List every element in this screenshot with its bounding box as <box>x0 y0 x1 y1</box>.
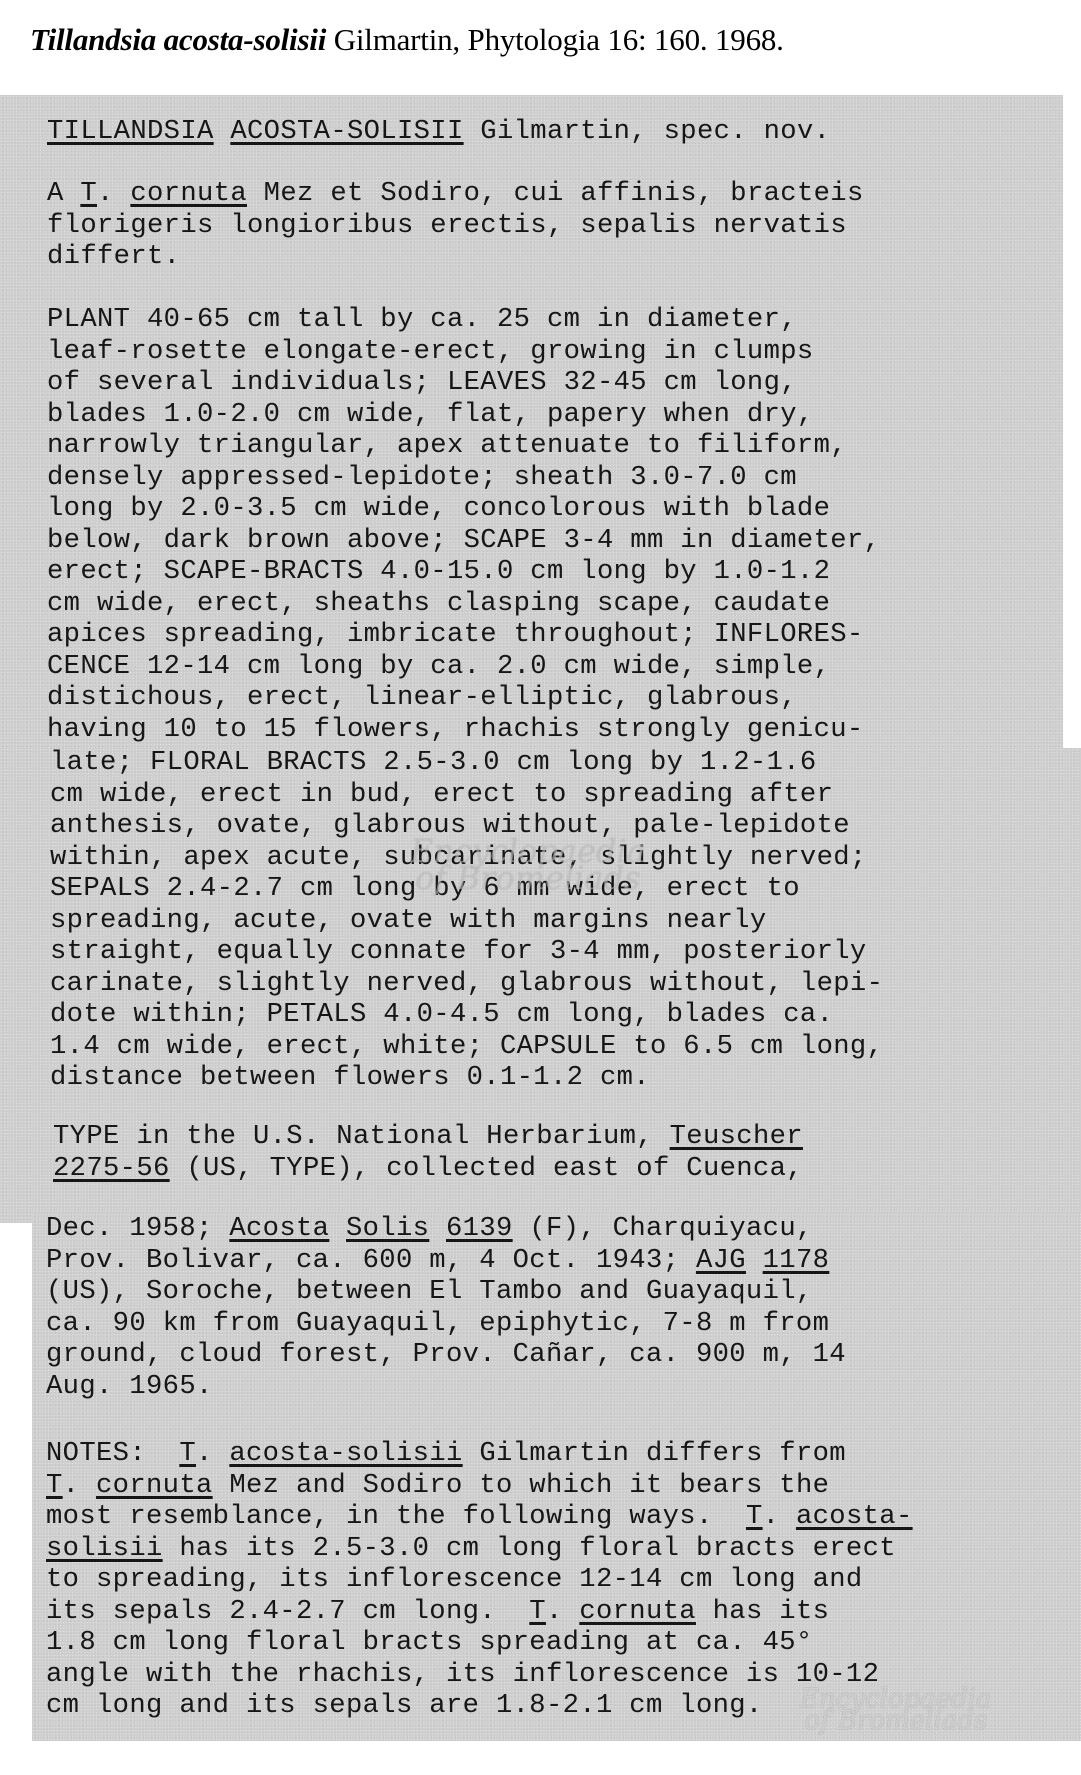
text-segment: leaf-rosette elongate-erect, growing in … <box>47 336 814 367</box>
text-segment: (US, TYPE), collected east of Cuenca, <box>170 1153 803 1184</box>
underlined-text: cornuta <box>130 178 247 209</box>
species-title: TILLANDSIA ACOSTA-SOLISII Gilmartin, spe… <box>47 116 830 148</box>
text-segment: carinate, slightly nerved, glabrous with… <box>50 968 883 999</box>
underlined-text: T <box>80 178 97 209</box>
text-segment: cm wide, erect, sheaths clasping scape, … <box>47 588 830 619</box>
notes: NOTES: T. acosta-solisii Gilmartin diffe… <box>46 1438 913 1722</box>
text-segment: Mez et Sodiro, cui affinis, bracteis <box>247 178 864 209</box>
text-line: distance between flowers 0.1-1.2 cm. <box>50 1062 883 1094</box>
text-segment: 1.4 cm wide, erect, white; CAPSULE to 6.… <box>50 1031 883 1062</box>
text-segment: (F), Charquiyacu, <box>513 1213 813 1244</box>
text-segment <box>329 1213 346 1244</box>
text-line: cm wide, erect in bud, erect to spreadin… <box>50 779 883 811</box>
text-segment: . <box>196 1438 229 1469</box>
text-segment: (US), Soroche, between El Tambo and Guay… <box>46 1276 813 1307</box>
description-part-1: PLANT 40-65 cm tall by ca. 25 cm in diam… <box>47 304 880 745</box>
underlined-text: T <box>746 1501 763 1532</box>
underlined-text: T <box>179 1438 196 1469</box>
text-line: narrowly triangular, apex attenuate to f… <box>47 430 880 462</box>
text-line: densely appressed-lepidote; sheath 3.0-7… <box>47 462 880 494</box>
type-specimen-part-1: TYPE in the U.S. National Herbarium, Teu… <box>53 1121 803 1184</box>
text-line: A T. cornuta Mez et Sodiro, cui affinis,… <box>47 178 864 210</box>
text-line: late; FLORAL BRACTS 2.5-3.0 cm long by 1… <box>50 747 883 779</box>
text-line: blades 1.0-2.0 cm wide, flat, papery whe… <box>47 399 880 431</box>
underlined-text: AJG <box>696 1245 746 1276</box>
text-segment <box>746 1245 763 1276</box>
text-line: CENCE 12-14 cm long by ca. 2.0 cm wide, … <box>47 651 880 683</box>
text-segment: cm long and its sepals are 1.8-2.1 cm lo… <box>46 1690 763 1721</box>
text-segment: ca. 90 km from Guayaquil, epiphytic, 7-8… <box>46 1308 829 1339</box>
text-segment: spreading, acute, ovate with margins nea… <box>50 905 767 936</box>
text-line: cm wide, erect, sheaths clasping scape, … <box>47 588 880 620</box>
underlined-text: 2275-56 <box>53 1153 170 1184</box>
text-segment: . <box>546 1596 579 1627</box>
text-segment: 1.8 cm long floral bracts spreading at c… <box>46 1627 813 1658</box>
text-line: Prov. Bolivar, ca. 600 m, 4 Oct. 1943; A… <box>46 1245 846 1277</box>
text-segment: its sepals 2.4-2.7 cm long. <box>46 1596 529 1627</box>
text-segment: differt. <box>47 241 180 272</box>
text-segment: PLANT 40-65 cm tall by ca. 25 cm in diam… <box>47 304 797 335</box>
text-segment: . <box>97 178 130 209</box>
text-line: differt. <box>47 241 864 273</box>
text-line: solisii has its 2.5-3.0 cm long floral b… <box>46 1533 913 1565</box>
text-segment: Gilmartin differs from <box>463 1438 846 1469</box>
page-margin <box>0 1223 30 1775</box>
underlined-text: T <box>46 1470 63 1501</box>
underlined-text: T <box>529 1596 546 1627</box>
text-segment: blades 1.0-2.0 cm wide, flat, papery whe… <box>47 399 814 430</box>
text-segment: within, apex acute, subcarinate, slightl… <box>50 842 867 873</box>
text-line: 1.8 cm long floral bracts spreading at c… <box>46 1627 913 1659</box>
text-line: ca. 90 km from Guayaquil, epiphytic, 7-8… <box>46 1308 846 1340</box>
text-line: apices spreading, imbricate throughout; … <box>47 619 880 651</box>
text-segment: dote within; PETALS 4.0-4.5 cm long, bla… <box>50 999 833 1030</box>
text-segment: apices spreading, imbricate throughout; … <box>47 619 864 650</box>
text-line: erect; SCAPE-BRACTS 4.0-15.0 cm long by … <box>47 556 880 588</box>
text-segment: . <box>763 1501 796 1532</box>
text-segment: florigeris longioribus erectis, sepalis … <box>47 210 847 241</box>
text-segment: long by 2.0-3.5 cm wide, concolorous wit… <box>47 493 830 524</box>
text-line: Aug. 1965. <box>46 1371 846 1403</box>
text-segment: Aug. 1965. <box>46 1371 213 1402</box>
text-line: 1.4 cm wide, erect, white; CAPSULE to 6.… <box>50 1031 883 1063</box>
text-segment: having 10 to 15 flowers, rhachis strongl… <box>47 714 864 745</box>
page-margin <box>1063 95 1081 748</box>
underlined-text: Teuscher <box>670 1121 803 1152</box>
text-segment: narrowly triangular, apex attenuate to f… <box>47 430 847 461</box>
text-line: carinate, slightly nerved, glabrous with… <box>50 968 883 1000</box>
page-heading: Tillandsia acosta-solisii Gilmartin, Phy… <box>30 22 784 58</box>
text-segment: Prov. Bolivar, ca. 600 m, 4 Oct. 1943; <box>46 1245 696 1276</box>
underlined-text: acosta-solisii <box>229 1438 462 1469</box>
species-name: Tillandsia acosta-solisii <box>30 22 326 57</box>
text-segment: anthesis, ovate, glabrous without, pale-… <box>50 810 850 841</box>
text-line: dote within; PETALS 4.0-4.5 cm long, bla… <box>50 999 883 1031</box>
text-segment: late; FLORAL BRACTS 2.5-3.0 cm long by 1… <box>50 747 817 778</box>
text-line: within, apex acute, subcarinate, slightl… <box>50 842 883 874</box>
text-segment: distichous, erect, linear-elliptic, glab… <box>47 682 797 713</box>
underlined-text: cornuta <box>579 1596 696 1627</box>
page-margin <box>32 1741 1062 1775</box>
text-line: florigeris longioribus erectis, sepalis … <box>47 210 864 242</box>
text-line: anthesis, ovate, glabrous without, pale-… <box>50 810 883 842</box>
underlined-text: cornuta <box>96 1470 213 1501</box>
underlined-text: 6139 <box>446 1213 513 1244</box>
text-segment: Gilmartin, spec. nov. <box>464 116 831 147</box>
text-segment: densely appressed-lepidote; sheath 3.0-7… <box>47 462 797 493</box>
text-line: to spreading, its inflorescence 12-14 cm… <box>46 1564 913 1596</box>
latin-diagnosis: A T. cornuta Mez et Sodiro, cui affinis,… <box>47 178 864 273</box>
text-line: having 10 to 15 flowers, rhachis strongl… <box>47 714 880 746</box>
text-line: its sepals 2.4-2.7 cm long. T. cornuta h… <box>46 1596 913 1628</box>
citation: Gilmartin, Phytologia 16: 160. 1968. <box>326 22 784 57</box>
text-segment: . <box>63 1470 96 1501</box>
text-line: 2275-56 (US, TYPE), collected east of Cu… <box>53 1153 803 1185</box>
text-line: spreading, acute, ovate with margins nea… <box>50 905 883 937</box>
text-segment: TYPE in the U.S. National Herbarium, <box>53 1121 670 1152</box>
text-line: Dec. 1958; Acosta Solis 6139 (F), Charqu… <box>46 1213 846 1245</box>
text-line: leaf-rosette elongate-erect, growing in … <box>47 336 880 368</box>
text-line: TILLANDSIA ACOSTA-SOLISII Gilmartin, spe… <box>47 116 830 148</box>
text-line: long by 2.0-3.5 cm wide, concolorous wit… <box>47 493 880 525</box>
text-line: most resemblance, in the following ways.… <box>46 1501 913 1533</box>
text-segment: CENCE 12-14 cm long by ca. 2.0 cm wide, … <box>47 651 830 682</box>
underlined-text: Acosta <box>229 1213 329 1244</box>
text-line: straight, equally connate for 3-4 mm, po… <box>50 936 883 968</box>
text-line: distichous, erect, linear-elliptic, glab… <box>47 682 880 714</box>
text-segment: Mez and Sodiro to which it bears the <box>213 1470 830 1501</box>
text-segment: to spreading, its inflorescence 12-14 cm… <box>46 1564 863 1595</box>
underlined-text: Solis <box>346 1213 429 1244</box>
text-line: angle with the rhachis, its inflorescenc… <box>46 1659 913 1691</box>
text-segment: straight, equally connate for 3-4 mm, po… <box>50 936 867 967</box>
text-segment: ground, cloud forest, Prov. Cañar, ca. 9… <box>46 1339 846 1370</box>
text-segment <box>214 116 231 147</box>
type-specimen-part-2: Dec. 1958; Acosta Solis 6139 (F), Charqu… <box>46 1213 846 1402</box>
underlined-text: ACOSTA-SOLISII <box>230 116 463 147</box>
description-part-2: late; FLORAL BRACTS 2.5-3.0 cm long by 1… <box>50 747 883 1094</box>
text-line: NOTES: T. acosta-solisii Gilmartin diffe… <box>46 1438 913 1470</box>
text-line: SEPALS 2.4-2.7 cm long by 6 mm wide, ere… <box>50 873 883 905</box>
text-line: below, dark brown above; SCAPE 3-4 mm in… <box>47 525 880 557</box>
text-segment: of several individuals; LEAVES 32-45 cm … <box>47 367 797 398</box>
text-segment: distance between flowers 0.1-1.2 cm. <box>50 1062 650 1093</box>
text-segment: has its <box>696 1596 829 1627</box>
text-segment: erect; SCAPE-BRACTS 4.0-15.0 cm long by … <box>47 556 830 587</box>
text-segment: has its 2.5-3.0 cm long floral bracts er… <box>163 1533 896 1564</box>
text-line: T. cornuta Mez and Sodiro to which it be… <box>46 1470 913 1502</box>
text-segment: cm wide, erect in bud, erect to spreadin… <box>50 779 833 810</box>
text-segment <box>429 1213 446 1244</box>
text-segment: NOTES: <box>46 1438 179 1469</box>
text-segment: Dec. 1958; <box>46 1213 229 1244</box>
text-segment: angle with the rhachis, its inflorescenc… <box>46 1659 879 1690</box>
text-line: PLANT 40-65 cm tall by ca. 25 cm in diam… <box>47 304 880 336</box>
underlined-text: 1178 <box>763 1245 830 1276</box>
text-segment: below, dark brown above; SCAPE 3-4 mm in… <box>47 525 880 556</box>
text-segment: SEPALS 2.4-2.7 cm long by 6 mm wide, ere… <box>50 873 800 904</box>
text-line: TYPE in the U.S. National Herbarium, Teu… <box>53 1121 803 1153</box>
text-segment: A <box>47 178 80 209</box>
text-line: of several individuals; LEAVES 32-45 cm … <box>47 367 880 399</box>
underlined-text: solisii <box>46 1533 163 1564</box>
underlined-text: acosta- <box>796 1501 913 1532</box>
text-segment: most resemblance, in the following ways. <box>46 1501 746 1532</box>
text-line: (US), Soroche, between El Tambo and Guay… <box>46 1276 846 1308</box>
text-line: cm long and its sepals are 1.8-2.1 cm lo… <box>46 1690 913 1722</box>
text-line: ground, cloud forest, Prov. Cañar, ca. 9… <box>46 1339 846 1371</box>
underlined-text: TILLANDSIA <box>47 116 214 147</box>
